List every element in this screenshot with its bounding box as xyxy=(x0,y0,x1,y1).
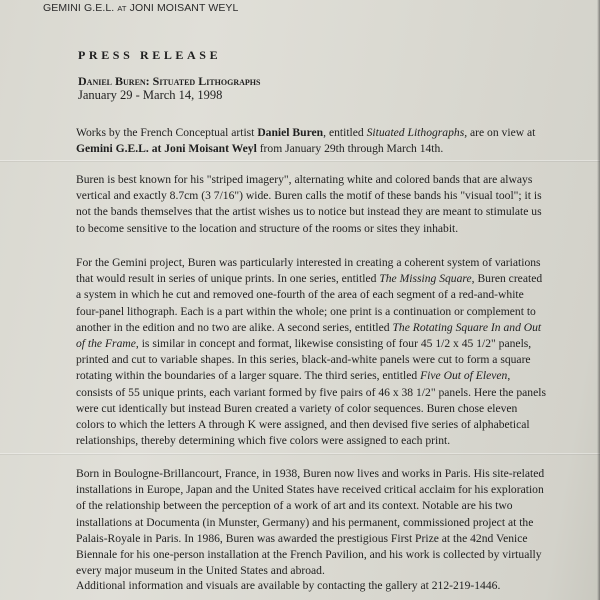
text-run: , entitled xyxy=(323,126,366,139)
exhibition-title: Daniel Buren: Situated Lithographs xyxy=(78,74,260,89)
exhibition-title-inline: Situated Lithographs, xyxy=(367,126,468,139)
artist-name: Daniel Buren xyxy=(257,126,323,139)
letterhead-gallery: GEMINI G.E.L. xyxy=(43,2,114,14)
series-title: The Missing Square xyxy=(379,272,471,285)
letterhead-at: AT xyxy=(117,4,126,13)
paragraph-text: Additional information and visuals are a… xyxy=(76,578,546,594)
gallery-name: Gemini G.E.L. at Joni Moisant Weyl xyxy=(76,142,257,155)
paragraph-text: Born in Boulogne-Brillancourt, France, i… xyxy=(76,466,546,579)
page-title: PRESS RELEASE xyxy=(78,48,221,63)
paper-fold-line xyxy=(0,160,600,161)
press-release-page: GEMINI G.E.L. AT JONI MOISANT WEYL PRESS… xyxy=(0,0,600,600)
striped-imagery-paragraph: Buren is best known for his "striped ima… xyxy=(76,172,546,237)
text-run: are on view at xyxy=(467,126,535,139)
letterhead: GEMINI G.E.L. AT JONI MOISANT WEYL xyxy=(43,2,238,14)
text-run: Works by the French Conceptual artist xyxy=(76,126,257,139)
contact-paragraph: Additional information and visuals are a… xyxy=(76,578,546,594)
paper-fold-line xyxy=(0,453,600,454)
text-run: from January 29th through March 14th. xyxy=(257,142,443,155)
gemini-project-paragraph: For the Gemini project, Buren was partic… xyxy=(76,255,546,449)
series-title: Five Out of Eleven xyxy=(420,369,507,382)
intro-paragraph: Works by the French Conceptual artist Da… xyxy=(76,125,546,157)
biography-paragraph: Born in Boulogne-Brillancourt, France, i… xyxy=(76,466,546,579)
letterhead-venue: JONI MOISANT WEYL xyxy=(130,2,239,14)
paragraph-text: Buren is best known for his "striped ima… xyxy=(76,172,546,237)
exhibition-dates: January 29 - March 14, 1998 xyxy=(78,88,222,103)
